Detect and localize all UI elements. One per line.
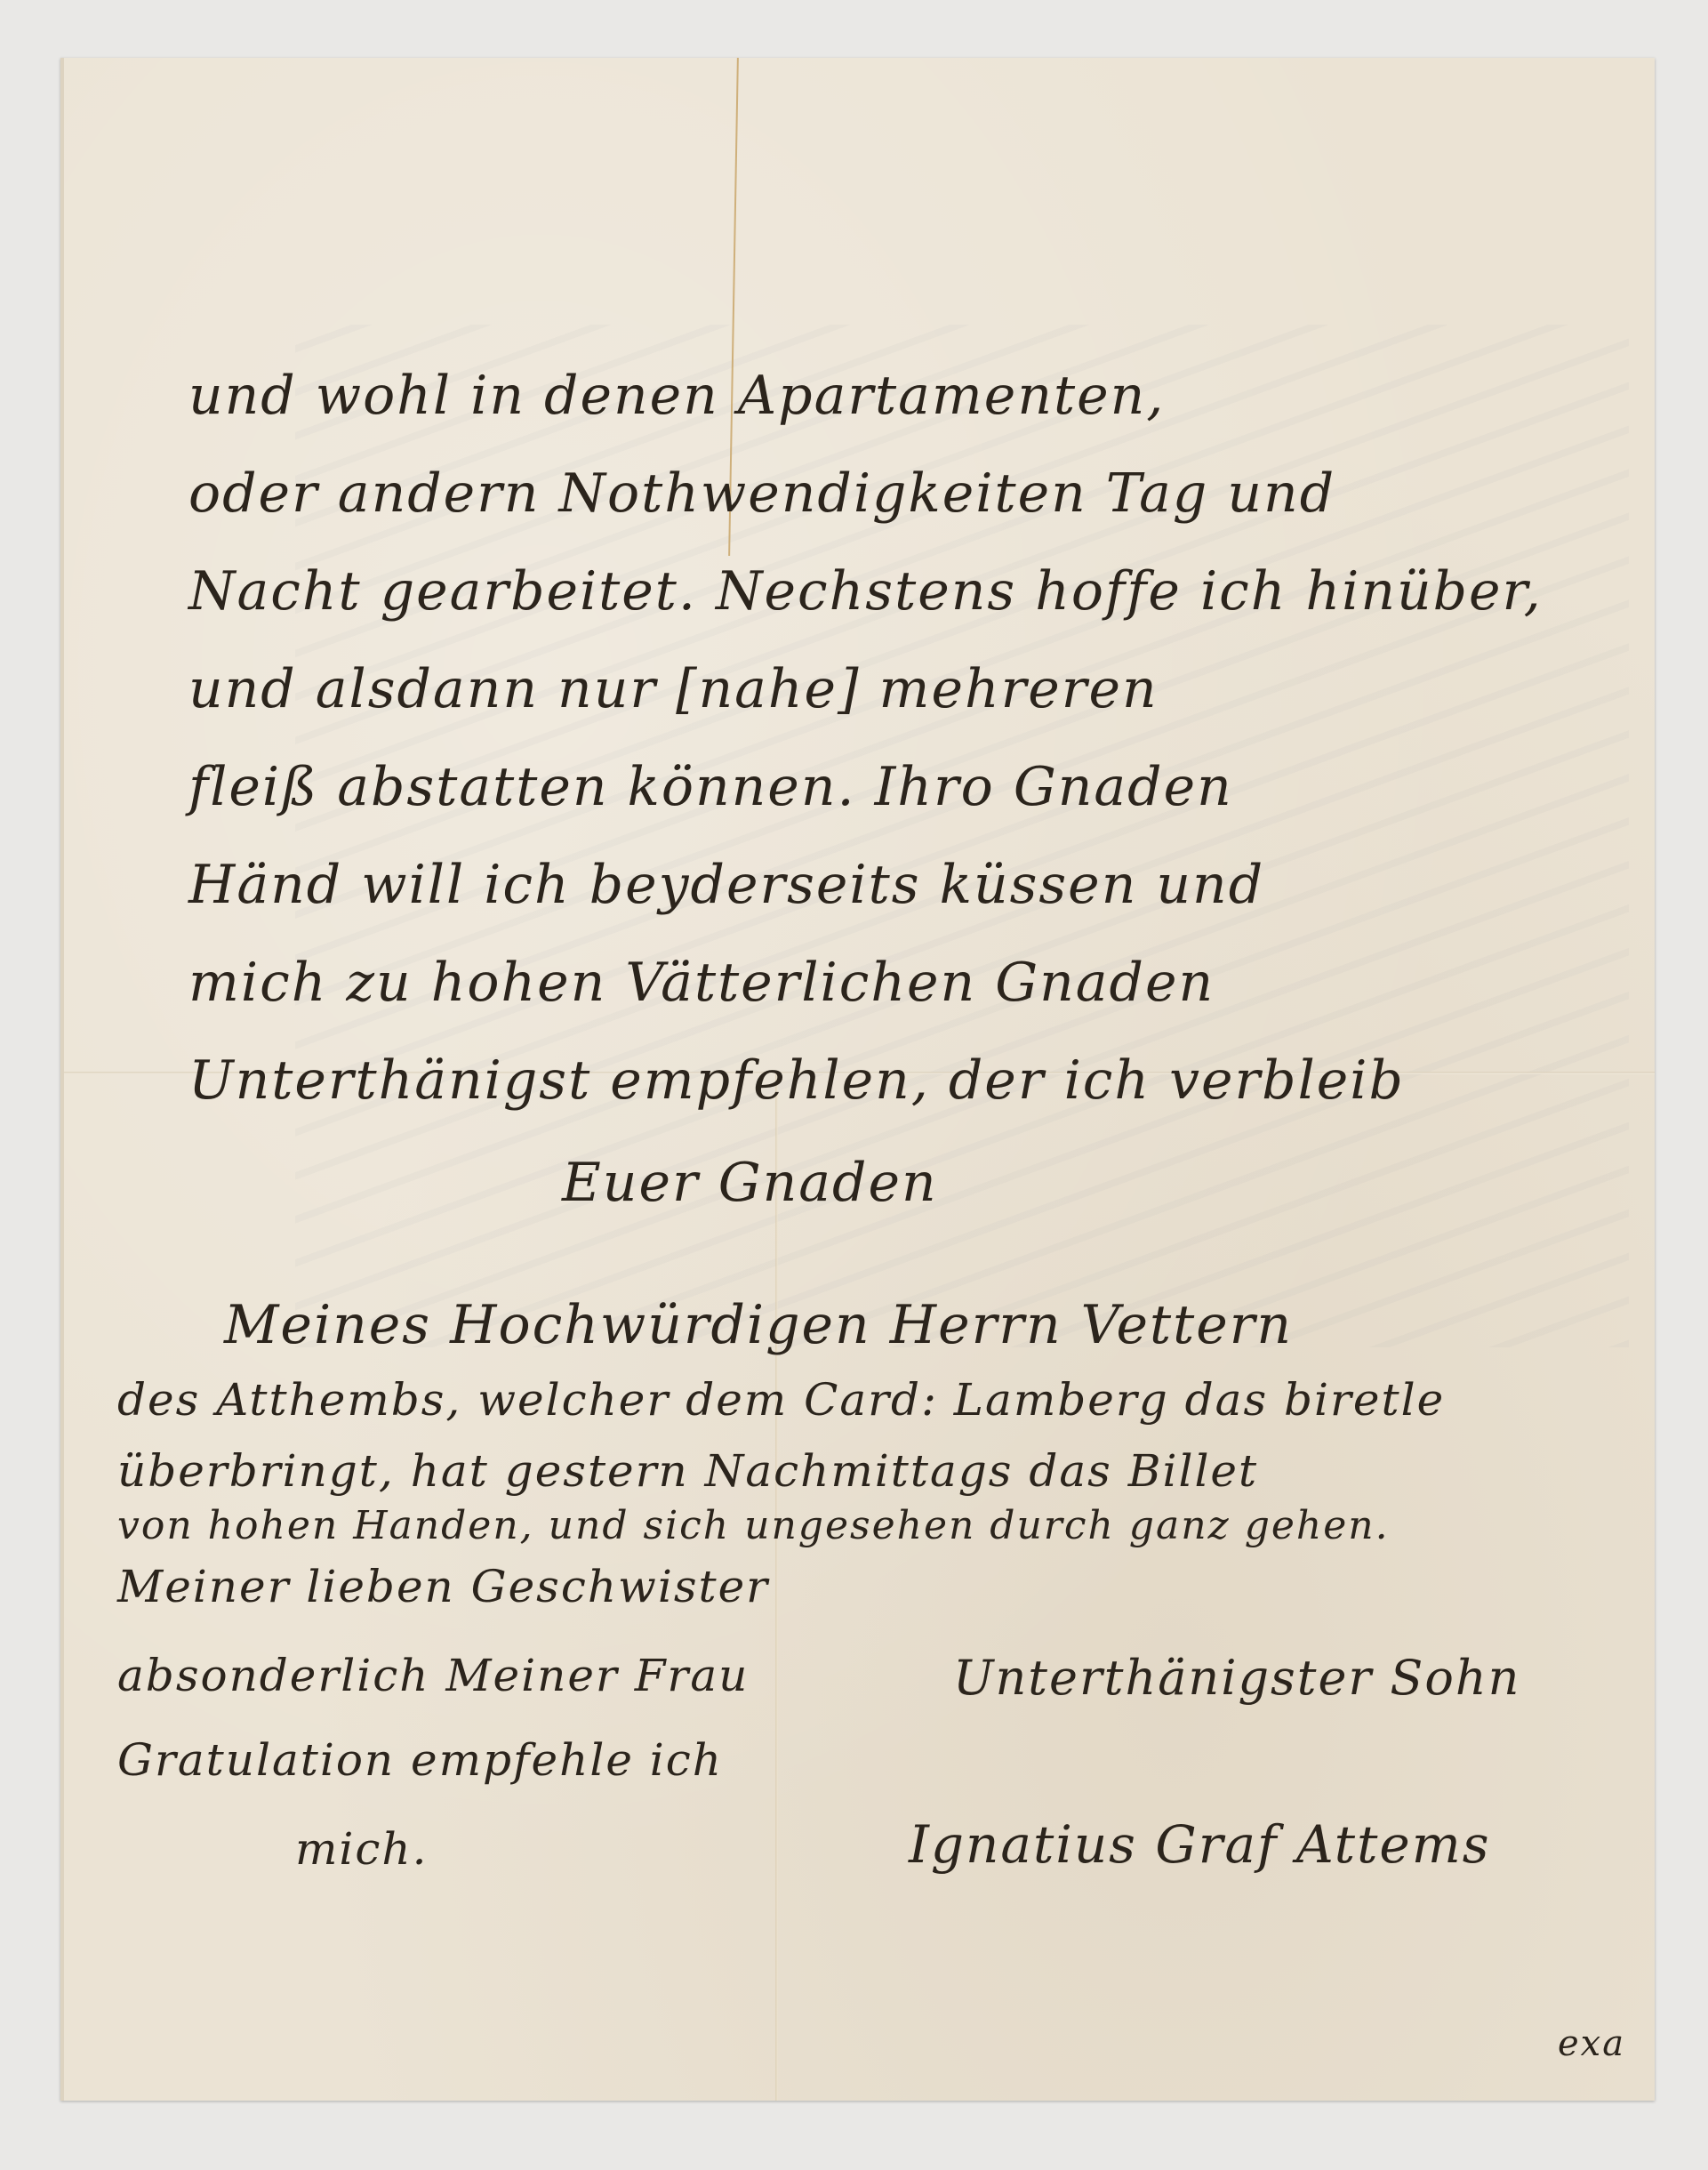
salutation-euer-gnaden: Euer Gnaden — [562, 1152, 938, 1214]
body-line-2: oder andern Nothwendigkeiten Tag und — [188, 462, 1335, 525]
postscript-line-7: Gratulation empfehle ich — [117, 1734, 723, 1786]
body-line-3: Nacht gearbeitet. Nechstens hoffe ich hi… — [188, 560, 1543, 623]
postscript-line-4: von hohen Handen, und sich ungesehen dur… — [117, 1503, 1390, 1548]
postscript-line-3: überbringt, hat gestern Nachmittags das … — [117, 1445, 1258, 1497]
signature: Ignatius Graf Attems — [909, 1814, 1491, 1875]
vertical-fold — [775, 1072, 778, 2101]
postscript-line-1: Meines Hochwürdigen Herrn Vettern — [224, 1294, 1293, 1356]
postscript-line-2: des Atthembs, welcher dem Card: Lamberg … — [117, 1374, 1445, 1426]
body-line-5: fleiß abstatten können. Ihro Gnaden — [188, 756, 1233, 818]
postscript-line-6: absonderlich Meiner Frau — [117, 1650, 749, 1701]
body-line-4: und alsdann nur [nahe] mehreren — [188, 658, 1159, 720]
body-line-7: mich zu hohen Vätterlichen Gnaden — [188, 952, 1215, 1014]
body-line-6: Händ will ich beyderseits küssen und — [188, 854, 1264, 916]
body-line-8: Unterthänigst empfehlen, der ich verblei… — [188, 1049, 1405, 1112]
body-line-4-text: und alsdann nur [nahe] mehreren — [188, 658, 1159, 720]
closing-formula: Unterthänigster Sohn — [953, 1650, 1520, 1706]
postscript-line-5: Meiner lieben Geschwister — [117, 1561, 769, 1612]
postscript-line-8: mich. — [295, 1823, 429, 1875]
corner-mark: exa — [1558, 2023, 1625, 2064]
letter-paper: und wohl in denen Apartamenten, oder and… — [60, 58, 1655, 2101]
body-line-1: und wohl in denen Apartamenten, — [188, 365, 1165, 427]
